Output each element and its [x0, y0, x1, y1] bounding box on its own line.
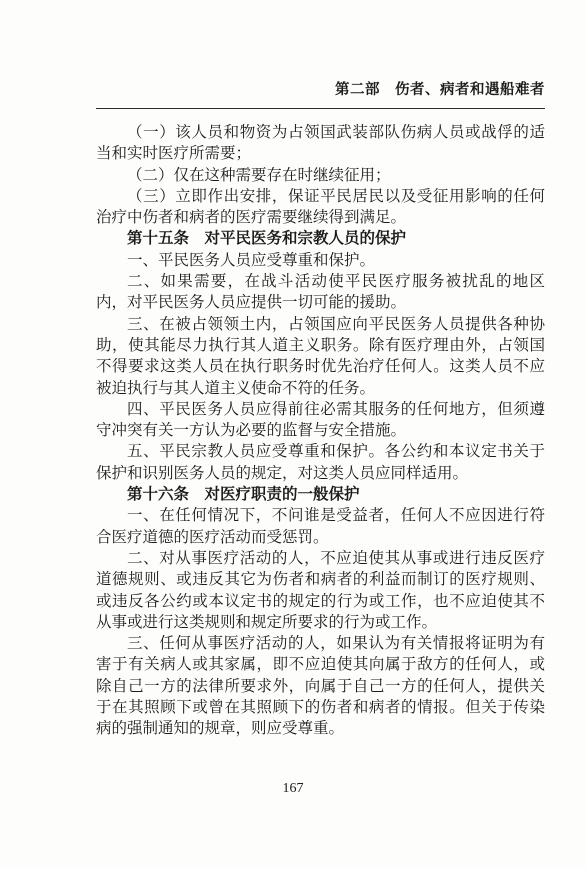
paragraph: 二、如果需要，在战斗活动使平民医疗服务被扰乱的地区内，对平民医务人员应提供一切可… [96, 271, 545, 314]
paragraph: （一）该人员和物资为占领国武装部队伤病人员或战俘的适当和实时医疗所需要； [96, 122, 545, 165]
paragraph: 三、任何从事医疗活动的人，如果认为有关情报将证明为有害于有关病人或其家属，即不应… [96, 633, 545, 739]
paragraph: 五、平民宗教人员应受尊重和保护。各公约和本议定书关于保护和识别医务人员的规定，对… [96, 441, 545, 484]
paragraph: 一、在任何情况下，不问谁是受益者，任何人不应因进行符合医疗道德的医疗活动而受惩罚… [96, 505, 545, 548]
article-heading: 第十五条 对平民医务和宗教人员的保护 [96, 228, 545, 249]
article-heading: 第十六条 对医疗职责的一般保护 [96, 484, 545, 505]
paragraph: 一、平民医务人员应受尊重和保护。 [96, 250, 545, 271]
running-head: 第二部 伤者、病者和遇船难者 [96, 81, 545, 99]
document-page: 第二部 伤者、病者和遇船难者 （一）该人员和物资为占领国武装部队伤病人员或战俘的… [0, 0, 586, 869]
document-body: （一）该人员和物资为占领国武装部队伤病人员或战俘的适当和实时医疗所需要；（二）仅… [96, 122, 545, 740]
paragraph: 四、平民医务人员应得前往必需其服务的任何地方，但须遵守冲突有关一方认为必要的监督… [96, 399, 545, 442]
paragraph: （二）仅在这种需要存在时继续征用； [96, 165, 545, 186]
header-rule [96, 108, 545, 109]
paragraph: 三、在被占领领土内，占领国应向平民医务人员提供各种协助，使其能尽力执行其人道主义… [96, 314, 545, 399]
page-number: 167 [283, 781, 304, 796]
paragraph: 二、对从事医疗活动的人，不应迫使其从事或进行违反医疗道德规则、或违反其它为伤者和… [96, 548, 545, 633]
paragraph: （三）立即作出安排，保证平民居民以及受征用影响的任何治疗中伤者和病者的医疗需要继… [96, 186, 545, 229]
page-footer: 167 [0, 780, 586, 798]
